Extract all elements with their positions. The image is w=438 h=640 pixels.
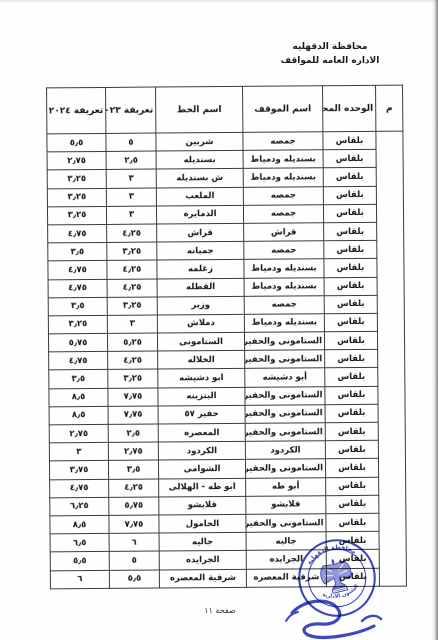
cell-local-unit: بلقاس xyxy=(325,386,378,405)
cell-line-name: جميانه xyxy=(157,241,244,260)
cell-tariff-2024: ٤٫٧٥ xyxy=(48,279,107,298)
cell-tariff-2023: ٧٫٧٥ xyxy=(109,515,159,534)
cell-tariff-2023: ٤٫٢٥ xyxy=(107,224,157,243)
cell-stop-name: الستامونى والحفير xyxy=(245,405,325,424)
cell-stop-name: جمصه xyxy=(243,204,323,223)
table-row: بلقاسشرقية المعصرهشرقية المعصره٥٫٥٦ xyxy=(50,568,406,589)
cell-local-unit: بلقاس xyxy=(326,531,379,550)
document-header: محافظة الدقهليه الاداره العامه للمواقف xyxy=(235,40,425,68)
cell-tariff-2024: ٣٫٢٥ xyxy=(47,188,106,207)
cell-tariff-2024: ٤٫٧٥ xyxy=(48,261,107,280)
cell-stop-name: بسنديله ودمياط xyxy=(243,150,323,169)
cell-tariff-2023: ٤٫٢٥ xyxy=(108,351,158,370)
cell-stop-name: الستامونى والحفير xyxy=(246,514,326,533)
cell-tariff-2023: ٧٫٧٥ xyxy=(108,388,158,407)
cell-stop-name: شرقية المعصره xyxy=(246,568,326,587)
cell-local-unit: بلقاس xyxy=(324,313,377,332)
cell-tariff-2023: ٢٫٥ xyxy=(108,424,158,443)
cell-local-unit: بلقاس xyxy=(326,568,379,587)
header-tariff-2024: تعريفة ٢٠٢٤ xyxy=(47,87,106,133)
cell-tariff-2023: ٤٫٢٥ xyxy=(109,479,159,498)
cell-tariff-2024: ٣٫٥ xyxy=(48,243,107,262)
header-local-unit: الوحده المحليه xyxy=(323,85,376,131)
cell-tariff-2024: ٨٫٥ xyxy=(50,515,109,534)
cell-tariff-2023: ٤٫٢٥ xyxy=(107,279,157,298)
cell-line-name: حفير ٥٧ xyxy=(158,405,245,424)
cell-local-unit: بلقاس xyxy=(324,222,377,241)
cell-tariff-2024: ٥٫٥ xyxy=(50,552,109,571)
scan-shadow-top xyxy=(0,0,438,3)
cell-line-name: الخلاله xyxy=(158,351,245,370)
cell-tariff-2024: ٦٫٢٥ xyxy=(50,497,109,516)
cell-stop-name: جمصه xyxy=(244,241,324,260)
table-header-row: م الوحده المحليه اسم الموقف اسم الخط تعر… xyxy=(47,85,403,134)
cell-local-unit: بلقاس xyxy=(324,295,377,314)
cell-tariff-2023: ٥٫٧٥ xyxy=(109,497,159,516)
cell-stop-name: بسنديله ودمياط xyxy=(244,277,324,296)
cell-local-unit: بلقاس xyxy=(324,277,377,296)
cell-tariff-2024: ٢٫٧٥ xyxy=(47,152,106,171)
cell-tariff-2024: ٣٫٢٥ xyxy=(47,170,106,189)
cell-tariff-2024: ٤٫٧٥ xyxy=(49,352,108,371)
cell-tariff-2023: ٢٫٧٥ xyxy=(108,442,158,461)
index-column-empty-cell xyxy=(376,131,407,586)
cell-line-name: الجرايده xyxy=(159,551,246,570)
cell-tariff-2023: ٣٫٢٥ xyxy=(107,297,157,316)
cell-line-name: زغلمه xyxy=(157,260,244,279)
cell-stop-name: الستامونى والحفير xyxy=(245,350,325,369)
tariff-table: م الوحده المحليه اسم الموقف اسم الخط تعر… xyxy=(46,85,407,589)
cell-local-unit: بلقاس xyxy=(326,477,379,496)
cell-stop-name: أبو دشيشه xyxy=(245,368,325,387)
cell-tariff-2024: ٣٫٢٥ xyxy=(48,315,107,334)
cell-local-unit: بلقاس xyxy=(325,368,378,387)
cell-line-name: الشوامى xyxy=(158,460,245,479)
cell-tariff-2024: ٥٫٧٥ xyxy=(48,333,107,352)
cell-local-unit: بلقاس xyxy=(325,422,378,441)
cell-stop-name: الستامونى والحفير xyxy=(245,459,325,478)
cell-tariff-2023: ٣٫٢٥ xyxy=(107,242,157,261)
cell-line-name: ابو طه - الهلالى xyxy=(159,478,246,497)
cell-line-name: القطله xyxy=(157,278,244,297)
cell-local-unit: بلقاس xyxy=(323,150,376,169)
cell-tariff-2024: ٢٫٧٥ xyxy=(49,424,108,443)
cell-line-name: قراش xyxy=(157,223,244,242)
cell-tariff-2023: ٦ xyxy=(109,533,159,552)
scanned-document-page: محافظة الدقهليه الاداره العامه للمواقف م… xyxy=(0,0,438,640)
cell-stop-name: أبو طه xyxy=(246,477,326,496)
header-tariff-2023: تعريفة ٢٠٢٣ xyxy=(106,87,156,133)
cell-stop-name: الجرايده xyxy=(246,550,326,569)
cell-tariff-2023: ٣ xyxy=(106,169,156,188)
cell-stop-name: الستامونى والحفير xyxy=(244,332,324,351)
cell-stop-name: جمصه xyxy=(244,295,324,314)
cell-line-name: ش بسنديله xyxy=(156,169,243,188)
cell-line-name: وزير xyxy=(157,296,244,315)
cell-stop-name: قراش xyxy=(244,223,324,242)
cell-tariff-2024: ٦ xyxy=(50,570,109,589)
cell-stop-name: جمصه xyxy=(243,186,323,205)
cell-tariff-2024: ٣٫٧٥ xyxy=(49,461,108,480)
header-line-name: اسم الخط xyxy=(156,86,243,133)
cell-local-unit: بلقاس xyxy=(323,131,376,150)
cell-stop-name: قلابشو xyxy=(246,495,326,514)
cell-tariff-2023: ٧٫٧٥ xyxy=(108,406,158,425)
handwritten-signature xyxy=(278,595,398,640)
cell-local-unit: بلقاس xyxy=(325,440,378,459)
header-index: م xyxy=(376,85,403,131)
cell-line-name: جاليه xyxy=(159,532,246,551)
cell-stop-name: الستامونى والحفير xyxy=(245,386,325,405)
cell-tariff-2023: ٣ xyxy=(106,188,156,207)
cell-tariff-2023: ٣ xyxy=(107,315,157,334)
cell-stop-name: بسنديله ودمياط xyxy=(244,259,324,278)
cell-local-unit: بلقاس xyxy=(326,550,379,569)
cell-local-unit: بلقاس xyxy=(325,404,378,423)
cell-tariff-2024: ٣٫٥ xyxy=(48,297,107,316)
cell-tariff-2024: ٤٫٧٥ xyxy=(48,224,107,243)
scan-shadow-right xyxy=(432,0,438,640)
cell-line-name: البنزينه xyxy=(158,387,245,406)
cell-local-unit: بلقاس xyxy=(324,240,377,259)
cell-tariff-2023: ٣ xyxy=(106,206,156,225)
cell-local-unit: بلقاس xyxy=(324,259,377,278)
administration-title: الاداره العامه للمواقف xyxy=(235,54,425,68)
cell-tariff-2024: ٤٫٧٥ xyxy=(50,479,109,498)
cell-line-name: الستامونى xyxy=(157,332,244,351)
cell-tariff-2023: ٣٫٢٥ xyxy=(108,369,158,388)
cell-tariff-2024: ٨٫٥ xyxy=(49,406,108,425)
cell-stop-name: الكردود xyxy=(245,441,325,460)
cell-local-unit: بلقاس xyxy=(326,513,379,532)
cell-local-unit: بلقاس xyxy=(324,331,377,350)
cell-tariff-2023: ٥٫٥ xyxy=(109,570,159,589)
cell-tariff-2023: ٥٫٢٥ xyxy=(107,333,157,352)
cell-tariff-2023: ٤٫٢٥ xyxy=(107,260,157,279)
cell-tariff-2024: ٣ xyxy=(49,443,108,462)
cell-tariff-2024: ٣٫٢٥ xyxy=(47,206,106,225)
cell-line-name: قلابشو xyxy=(159,496,246,515)
cell-local-unit: بلقاس xyxy=(323,168,376,187)
cell-stop-name: الستامونى والحفير xyxy=(245,423,325,442)
cell-tariff-2023: ٢٫٥ xyxy=(106,151,156,170)
cell-stop-name: جمصه xyxy=(243,132,323,151)
cell-tariff-2024: ٥٫٥ xyxy=(47,133,106,152)
cell-stop-name: بسنديله ودمياط xyxy=(244,314,324,333)
tariff-table-wrapper: م الوحده المحليه اسم الموقف اسم الخط تعر… xyxy=(46,85,406,589)
cell-line-name: الدمايره xyxy=(156,205,243,224)
cell-local-unit: بلقاس xyxy=(325,350,378,369)
cell-line-name: بسنديله xyxy=(156,151,243,170)
cell-tariff-2023: ٥ xyxy=(109,551,159,570)
header-stop-name: اسم الموقف xyxy=(243,86,323,133)
cell-stop-name: جاليه xyxy=(246,532,326,551)
cell-tariff-2023: ٣٫٥ xyxy=(108,460,158,479)
cell-line-name: شرقية المعصره xyxy=(159,569,246,588)
cell-line-name: شربين xyxy=(156,132,243,151)
cell-line-name: المعصره xyxy=(158,423,245,442)
cell-tariff-2024: ٣٫٥ xyxy=(49,370,108,389)
cell-tariff-2023: ٥ xyxy=(106,133,156,152)
cell-tariff-2024: ٦٫٥ xyxy=(50,534,109,553)
cell-local-unit: بلقاس xyxy=(325,459,378,478)
cell-local-unit: بلقاس xyxy=(323,186,376,205)
page-number: صفحة ١١ xyxy=(175,606,265,615)
cell-line-name: ابو دشيشه xyxy=(158,369,245,388)
cell-local-unit: بلقاس xyxy=(323,204,376,223)
cell-line-name: الكردود xyxy=(158,442,245,461)
table-body: بلقاسجمصهشربين٥٥٫٥بلقاسبسنديله ودمياطبسن… xyxy=(47,131,407,588)
cell-tariff-2024: ٨٫٥ xyxy=(49,388,108,407)
cell-local-unit: بلقاس xyxy=(326,495,379,514)
governorate-title: محافظة الدقهليه xyxy=(235,40,425,54)
cell-line-name: الملعب xyxy=(156,187,243,206)
cell-stop-name: بسنديله ودمياط xyxy=(243,168,323,187)
cell-line-name: دملاش xyxy=(157,314,244,333)
cell-line-name: الحامول xyxy=(159,514,246,533)
